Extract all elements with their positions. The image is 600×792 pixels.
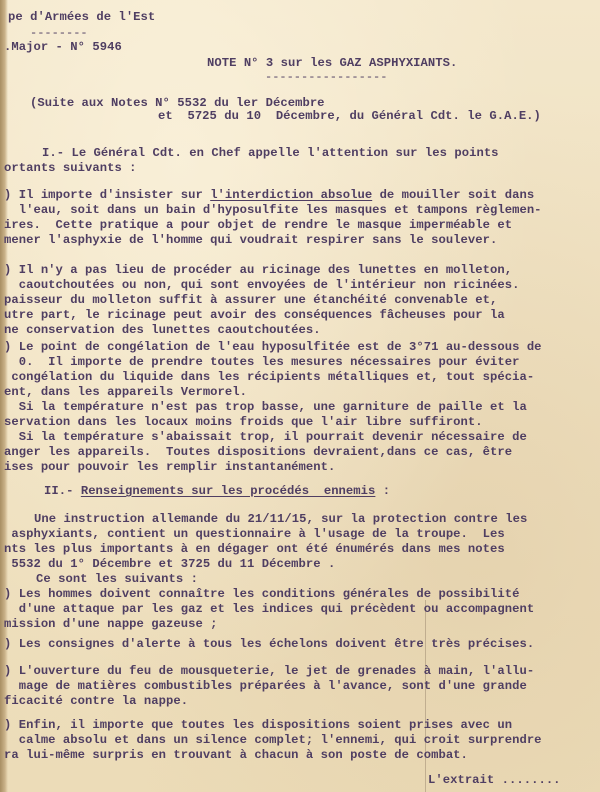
s2-intro-line4: 5532 du 1° Décembre et 3725 du 11 Décemb… [4,557,335,571]
section-2-heading: II.- Renseignements sur les procédés enn… [44,484,390,498]
s1-item3-line4: ent, dans les appareils Vermorel. [4,385,247,399]
s1-item2-line1: ) Il n'y a pas lieu de procéder au ricin… [4,263,512,277]
s1-item3-line1: ) Le point de congélation de l'eau hypos… [4,340,542,354]
title-rule: ----------------- [265,70,387,84]
s2-item1-line3: mission d'une nappe gazeuse ; [4,617,218,631]
s2-intro-line3: nts les plus importants à en dégager ont… [4,542,505,556]
section-1-heading-cont: ortants suivants : [4,161,137,175]
subtitle-line-1: (Suite aux Notes N° 5532 du ler Décembre [30,96,325,110]
note-title: NOTE N° 3 sur les GAZ ASPHYXIANTS. [207,56,457,70]
section-2-heading-underlined: Renseignements sur les procédés ennemis [81,484,376,498]
s2-item1-line1: ) Les hommes doivent connaître les condi… [4,587,519,601]
s1-item3-line2: 0. Il importe de prendre toutes les mesu… [4,355,519,369]
paper-fold-line [425,600,426,792]
s1-item3-line9: ises pour pouvoir les remplir instantané… [4,460,335,474]
s2-item4-line3: ra lui-même surpris en trouvant à chacun… [4,748,468,762]
s2-intro-line1: Une instruction allemande du 21/11/15, s… [34,512,527,526]
s2-item4-line2: calme absolu et dans un silence complet;… [4,733,542,747]
s1-item1-line3: ires. Cette pratique a pour objet de ren… [4,218,512,232]
s1-item3-line8: anger les appareils. Toutes dispositions… [4,445,512,459]
s2-item1-line2: d'une attaque par les gaz et les indices… [4,602,534,616]
s2-intro-line2: asphyxiants, contient un questionnaire à… [4,527,505,541]
section-1-heading: I.- Le Général Cdt. en Chef appelle l'at… [42,146,499,160]
s1-item3-line6: servation dans les locaux moins froids q… [4,415,483,429]
s2-item2-line1: ) Les consignes d'alerte à tous les éche… [4,637,534,651]
s2-item4-line1: ) Enfin, il importe que toutes les dispo… [4,718,512,732]
s1-item2-line4: utre part, le ricinage peut avoir des co… [4,308,505,322]
unit-name: pe d'Armées de l'Est [8,10,155,24]
subtitle-line-2: et 5725 du 10 Décembre, du Général Cdt. … [158,109,541,123]
s2-lead: Ce sont les suivants : [36,572,198,586]
reference-number: .Major - N° 5946 [4,40,122,54]
s1-item1-line2: l'eau, soit dans un bain d'hyposulfite l… [4,203,542,217]
s1-item2-line5: ne conservation des lunettes caoutchouté… [4,323,321,337]
s1-item3-line3: congélation du liquide dans les récipien… [4,370,534,384]
s2-item3-line2: mage de matières combustibles préparées … [4,679,527,693]
s1-item3-line5: Si la température n'est pas trop basse, … [4,400,527,414]
s1-item2-line2: caoutchoutées ou non, qui sont envoyées … [4,278,519,292]
s1-item1-line4: mener l'asphyxie de l'homme qui voudrait… [4,233,497,247]
s1-item1-line1: ) Il importe d'insister sur l'interdicti… [4,188,534,202]
s2-item3-line3: ficacité contre la nappe. [4,694,188,708]
unit-rule: -------- [30,26,88,40]
s1-item2-line3: paisseur du molleton suffit à assurer un… [4,293,497,307]
s1-item3-line7: Si la température s'abaissait trop, il p… [4,430,527,444]
emphasis-interdiction: l'interdiction absolue [210,188,372,202]
s2-item3-line1: ) L'ouverture du feu de mousqueterie, le… [4,664,534,678]
signature-extract: L'extrait ........ [428,773,561,787]
